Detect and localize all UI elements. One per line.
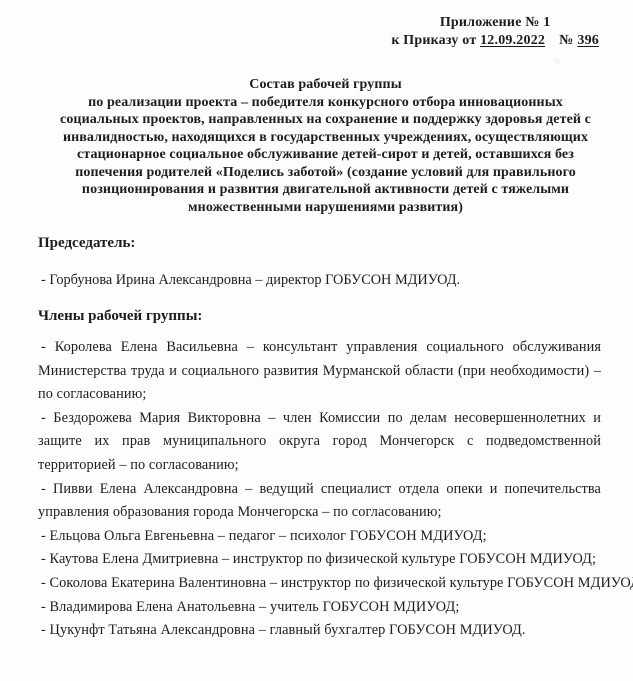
order-number: 396 (577, 33, 599, 48)
order-line: к Приказу от 12.09.2022№396 (391, 32, 599, 50)
order-prefix: к Приказу от (391, 33, 480, 48)
document-title-block: Состав рабочей группы по реализации прое… (49, 76, 602, 216)
document-title-body: по реализации проекта – победителя конку… (49, 94, 602, 217)
member-entry: - Бездорожева Мария Викторовна – член Ко… (38, 407, 601, 478)
members-list: - Королева Елена Васильевна – консультан… (38, 336, 613, 643)
member-entry: - Цукунфт Татьяна Александровна – главны… (38, 619, 613, 643)
member-entry: - Соколова Екатерина Валентиновна – инст… (38, 572, 613, 596)
order-reference-block: Приложение № 1 к Приказу от 12.09.2022№3… (391, 14, 599, 50)
order-number-label: № (559, 33, 573, 48)
order-date: 12.09.2022 (480, 33, 545, 48)
appendix-number-line: Приложение № 1 (391, 14, 599, 32)
member-entry: - Владимирова Елена Анатольевна – учител… (38, 596, 613, 620)
members-label: Члены рабочей группы: (38, 306, 613, 326)
member-entry: - Каутова Елена Дмитриевна – инструктор … (38, 548, 613, 572)
member-entry: - Пивви Елена Александровна – ведущий сп… (38, 478, 601, 525)
document-page: Приложение № 1 к Приказу от 12.09.2022№3… (0, 0, 633, 681)
chairman-entry: - Горбунова Ирина Александровна – директ… (38, 270, 613, 290)
member-entry: - Ельцова Ольга Евгеньевна – педагог – п… (38, 525, 613, 549)
member-entry: - Королева Елена Васильевна – консультан… (38, 336, 601, 407)
chairman-label: Председатель: (38, 233, 613, 253)
document-title-heading: Состав рабочей группы (49, 76, 602, 94)
